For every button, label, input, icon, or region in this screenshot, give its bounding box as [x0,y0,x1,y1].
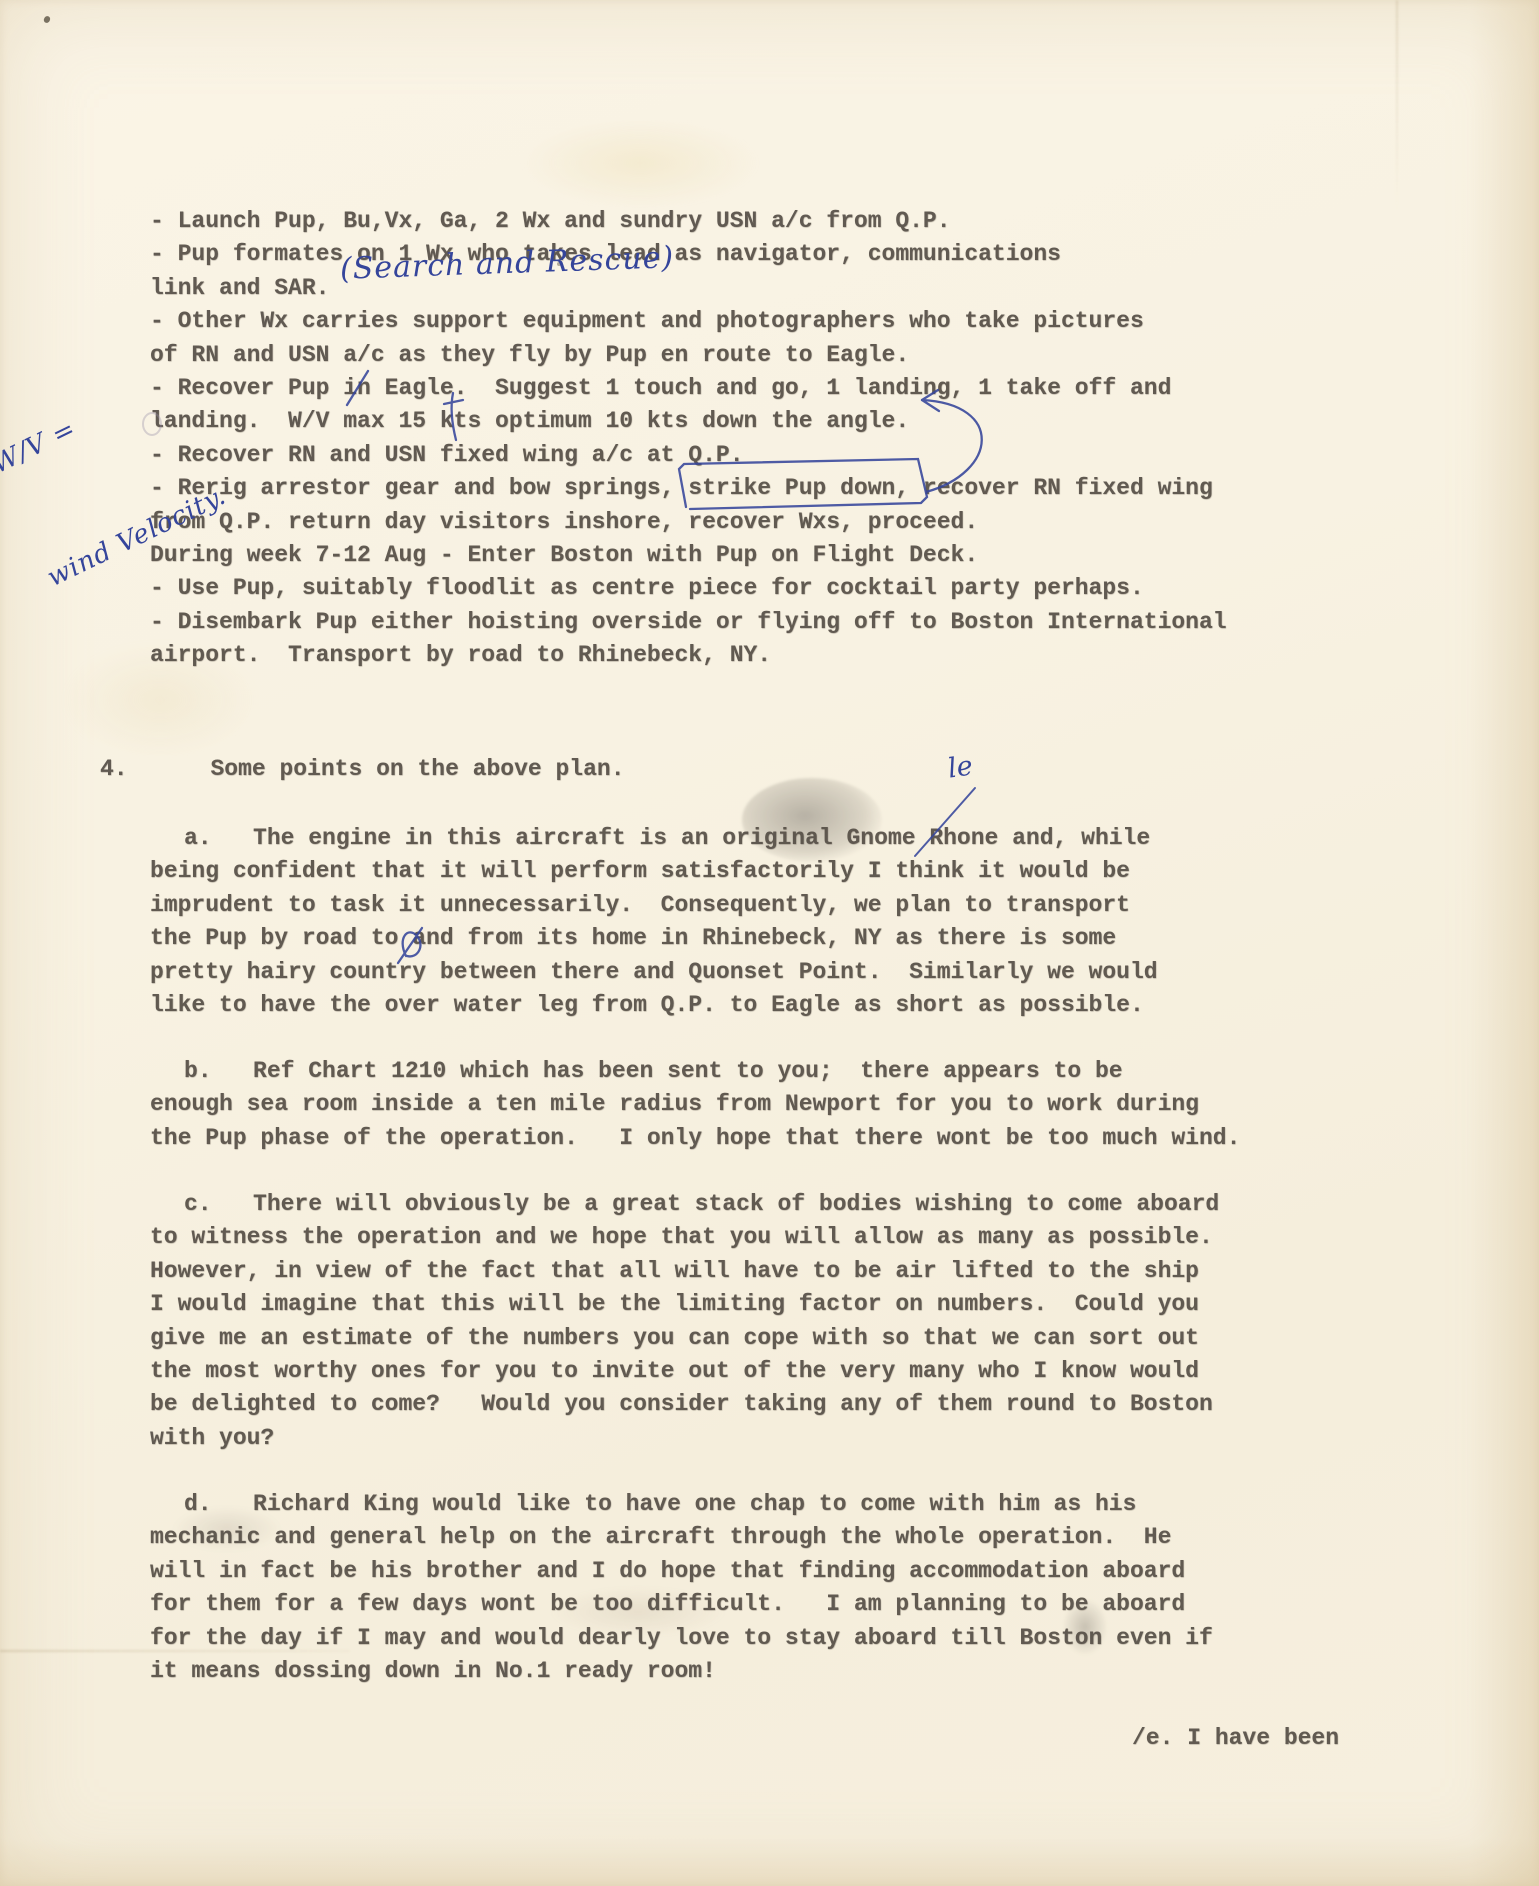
paragraph-a: a. The engine in this aircraft is an ori… [150,822,1158,1022]
para-d-line-4: for the day if I may and would dearly lo… [150,1622,1213,1655]
paper-speck [43,15,52,24]
para-c-line-3: I would imagine that this will be the li… [150,1288,1219,1321]
plan-line-4: of RN and USN a/c as they fly by Pup en … [150,339,1227,372]
plan-line-6: landing. W/V max 15 kts optimum 10 kts d… [150,405,1227,438]
para-d-line-5: it means dossing down in No.1 ready room… [150,1655,1213,1688]
letter-page: - Launch Pup, Bu,Vx, Ga, 2 Wx and sundry… [0,0,1539,1886]
margin-note-line-1: W/V = [0,362,178,485]
paragraph-d: d. Richard King would like to have one c… [150,1488,1213,1688]
spacer [128,756,211,782]
paper-crease [1396,0,1398,210]
paper-stain [520,118,760,208]
plan-line-3: - Other Wx carries support equipment and… [150,305,1227,338]
plan-line-0: - Launch Pup, Bu,Vx, Ga, 2 Wx and sundry… [150,205,1227,238]
para-c-line-6: be delighted to come? Would you consider… [150,1388,1219,1421]
para-d-line-2: will in fact be his brother and I do hop… [150,1555,1213,1588]
handwritten-le-insertion: le [946,750,975,784]
para-a-line-5: like to have the over water leg from Q.P… [150,989,1158,1022]
scan-edge-shadow-right [1469,0,1539,1886]
para-c-line-4: give me an estimate of the numbers you c… [150,1322,1219,1355]
para-a-line-3: the Pup by road to and from its home in … [150,922,1158,955]
paragraph-c: c. There will obviously be a great stack… [150,1188,1219,1455]
para-b-line-1: enough sea room inside a ten mile radius… [150,1088,1240,1121]
para-d-line-3: for them for a few days wont be too diff… [150,1588,1213,1621]
section-4-title: Some points on the above plan. [210,756,624,782]
plan-line-12: - Disembark Pup either hoisting overside… [150,606,1227,639]
para-d-line-1: mechanic and general help on the aircraf… [150,1521,1213,1554]
plan-line-2: link and SAR. [150,272,1227,305]
scan-edge-shadow-bottom [0,1838,1539,1886]
footer-catchword-block: /e. I have been [1132,1722,1339,1755]
plan-line-13: airport. Transport by road to Rhinebeck,… [150,639,1227,672]
margin-note-line-2: wind Velocity. [40,475,233,598]
para-c-line-1: to witness the operation and we hope tha… [150,1221,1219,1254]
para-c-line-7: with you? [150,1422,1219,1455]
para-c-line-0: c. There will obviously be a great stack… [150,1188,1219,1221]
plan-line-1: - Pup formates on 1 Wx who takes lead as… [150,238,1227,271]
para-b-line-2: the Pup phase of the operation. I only h… [150,1122,1240,1155]
footer-catchword: /e. I have been [1132,1722,1339,1755]
para-b-line-0: b. Ref Chart 1210 which has been sent to… [150,1055,1240,1088]
para-a-line-1: being confident that it will perform sat… [150,855,1158,888]
paragraph-b: b. Ref Chart 1210 which has been sent to… [150,1055,1240,1155]
plan-line-5: - Recover Pup in Eagle. Suggest 1 touch … [150,372,1227,405]
plan-line-9: from Q.P. return day visitors inshore, r… [150,506,1227,539]
plan-line-7: - Recover RN and USN fixed wing a/c at Q… [150,439,1227,472]
para-a-line-2: imprudent to task it unnecessarily. Cons… [150,889,1158,922]
para-d-line-0: d. Richard King would like to have one c… [150,1488,1213,1521]
para-c-line-5: the most worthy ones for you to invite o… [150,1355,1219,1388]
plan-line-11: - Use Pup, suitably floodlit as centre p… [150,572,1227,605]
para-c-line-2: However, in view of the fact that all wi… [150,1255,1219,1288]
para-a-line-4: pretty hairy country between there and Q… [150,956,1158,989]
para-a-line-0: a. The engine in this aircraft is an ori… [150,822,1158,855]
plan-line-8: - Rerig arrestor gear and bow springs, s… [150,472,1227,505]
operation-plan-list: - Launch Pup, Bu,Vx, Ga, 2 Wx and sundry… [150,205,1227,673]
section-4-heading: 4. Some points on the above plan. [100,753,625,786]
plan-line-10: During week 7-12 Aug - Enter Boston with… [150,539,1227,572]
section-4-number: 4. [100,756,128,782]
